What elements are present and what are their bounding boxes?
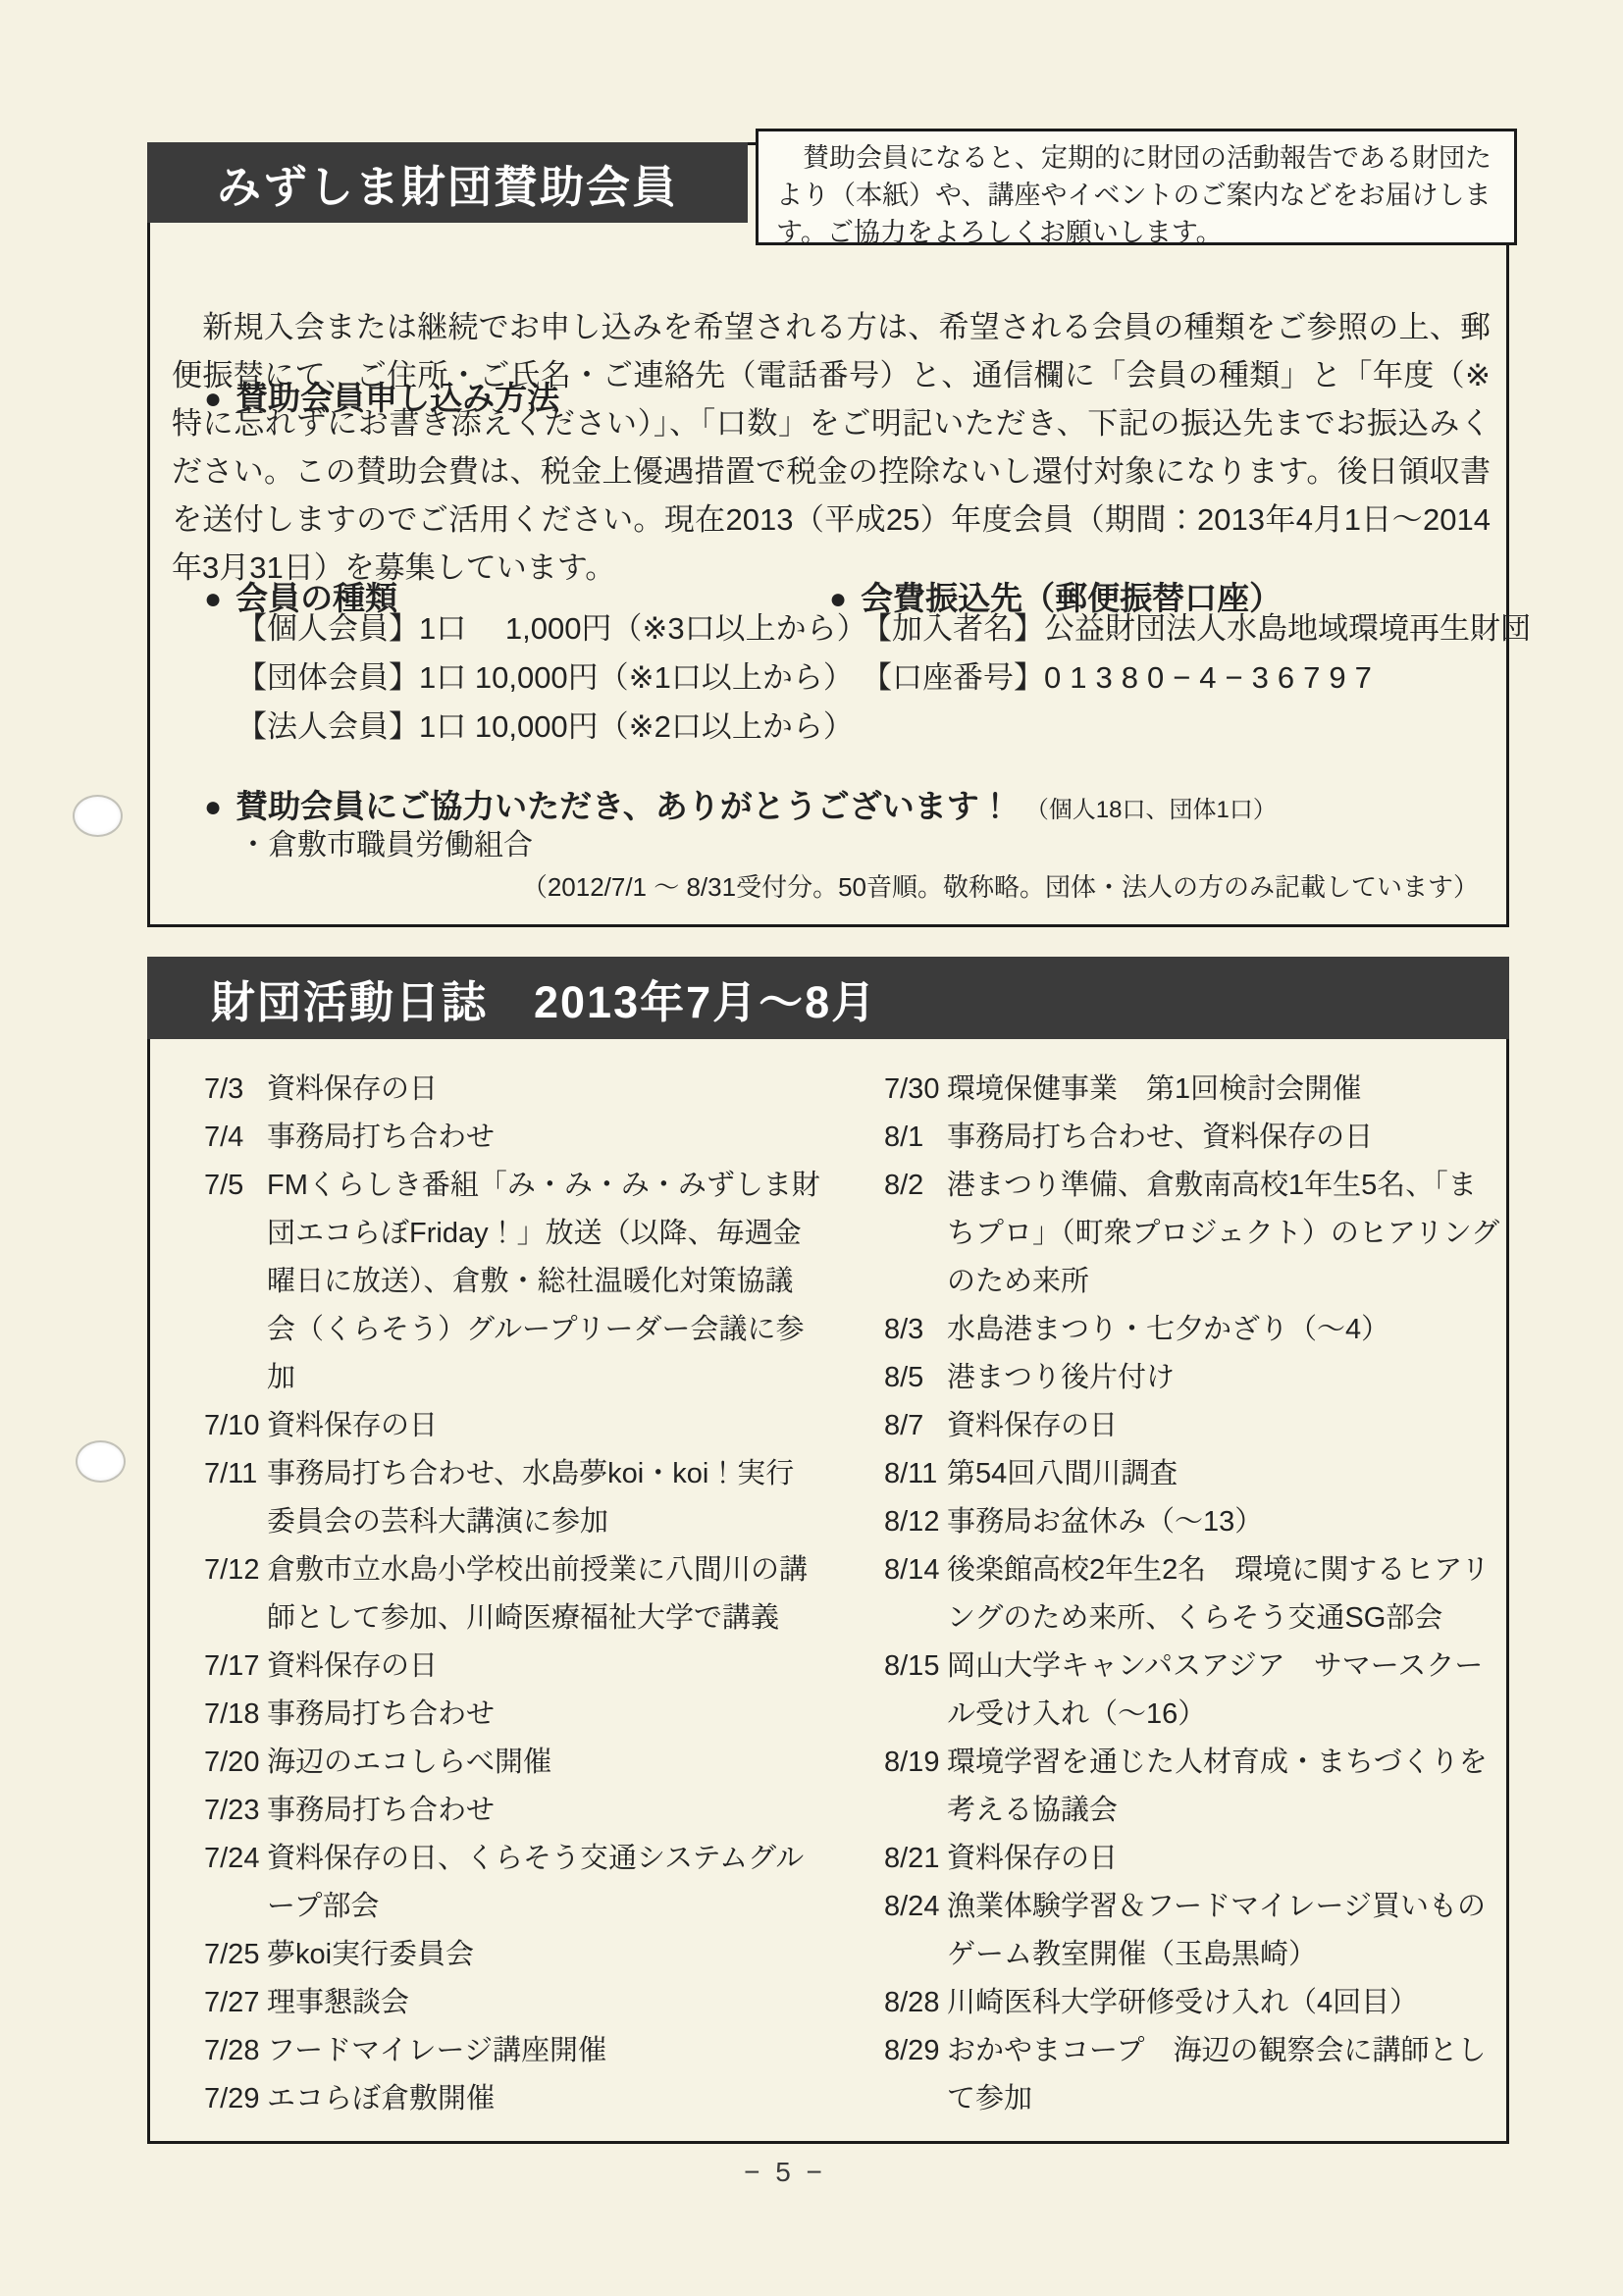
- activity-entry: 8/5 港まつり後片付け: [884, 1354, 1504, 1402]
- activity-date: 7/4: [204, 1114, 267, 1162]
- transfer-value: 公益財団法人水島地域環境再生財団: [1044, 611, 1531, 646]
- activity-entry: 8/21 資料保存の日: [884, 1835, 1504, 1883]
- activity-text: FMくらしき番組「み・み・み・みずしま財団エコらぼFriday！」放送（以降、毎…: [267, 1162, 820, 1402]
- activity-entry: 7/20 海辺のエコしらべ開催: [204, 1739, 820, 1787]
- activity-entry: 7/12 倉敷市立水島小学校出前授業に八間川の講師として参加、川崎医療福祉大学で…: [204, 1546, 820, 1643]
- activity-entry: 8/15 岡山大学キャンパスアジア サマースクール受け入れ（〜16）: [884, 1643, 1504, 1739]
- activity-text: 漁業体験学習＆フードマイレージ買いものゲーム教室開催（玉島黒崎）: [947, 1883, 1504, 1979]
- activity-date: 7/23: [204, 1787, 267, 1835]
- activity-date: 8/3: [884, 1306, 947, 1354]
- activity-date: 8/21: [884, 1835, 947, 1883]
- diary-column-august: 7/30 環境保健事業 第1回検討会開催 8/1 事務局打ち合わせ、資料保存の日…: [884, 1066, 1504, 2123]
- transfer-item: 【口座番号】01380−4−36797: [862, 653, 1531, 703]
- activity-date: 8/28: [884, 1979, 947, 2027]
- scanned-newsletter-page: みずしま財団賛助会員 ● 賛助会員申し込み方法 新規入会または継続でお申し込みを…: [0, 0, 1623, 2296]
- bullet-icon: ●: [829, 583, 847, 616]
- thanks-note: （個人18口、団体1口）: [1025, 790, 1277, 824]
- activity-date: 7/12: [204, 1546, 267, 1643]
- activity-entry: 7/3 資料保存の日: [204, 1066, 820, 1114]
- account-number: 01380−4−36797: [1044, 660, 1381, 695]
- activity-text: 資料保存の日、くらそう交通システムグループ部会: [267, 1835, 820, 1931]
- activity-entry: 8/12 事務局お盆休み（〜13）: [884, 1498, 1504, 1546]
- activity-text: 岡山大学キャンパスアジア サマースクール受け入れ（〜16）: [947, 1643, 1504, 1739]
- activity-entry: 7/4 事務局打ち合わせ: [204, 1114, 820, 1162]
- activity-date: 7/17: [204, 1643, 267, 1691]
- activity-text: 資料保存の日: [267, 1066, 820, 1114]
- activity-date: 8/7: [884, 1402, 947, 1450]
- activity-date: 8/14: [884, 1546, 947, 1643]
- activity-text: 第54回八間川調査: [947, 1450, 1504, 1498]
- activity-text: 事務局打ち合わせ、資料保存の日: [947, 1114, 1504, 1162]
- membership-intro-box: 賛助会員になると、定期的に財団の活動報告である財団たより（本紙）や、講座やイベン…: [756, 129, 1517, 245]
- activity-date: 8/24: [884, 1883, 947, 1979]
- activity-entry: 8/28 川崎医科大学研修受け入れ（4回目）: [884, 1979, 1504, 2027]
- activity-date: 7/18: [204, 1691, 267, 1739]
- activity-entry: 7/23 事務局打ち合わせ: [204, 1787, 820, 1835]
- activity-entry: 8/2 港まつり準備、倉敷南高校1年生5名、「まちプロ」（町衆プロジェクト）のヒ…: [884, 1162, 1504, 1306]
- activity-text: 後楽館高校2年生2名 環境に関するヒアリングのため来所、くらそう交通SG部会: [947, 1546, 1504, 1643]
- activity-text: 水島港まつり・七夕かざり（〜4）: [947, 1306, 1504, 1354]
- activity-text: エコらぼ倉敷開催: [267, 2075, 820, 2123]
- activity-text: 環境学習を通じた人材育成・まちづくりを考える協議会: [947, 1739, 1504, 1835]
- activity-text: 港まつり後片付け: [947, 1354, 1504, 1402]
- activity-text: おかやまコープ 海辺の観察会に講師として参加: [947, 2027, 1504, 2123]
- bullet-icon: ●: [204, 791, 222, 824]
- activity-text: 川崎医科大学研修受け入れ（4回目）: [947, 1979, 1504, 2027]
- activity-entry: 7/25 夢koi実行委員会: [204, 1931, 820, 1979]
- member-type-item: 【法人会員】1口 10,000円（※2口以上から）: [236, 703, 867, 752]
- punch-hole-top: [73, 795, 123, 837]
- activity-date: 8/11: [884, 1450, 947, 1498]
- activity-date: 7/28: [204, 2027, 267, 2075]
- activity-text: 海辺のエコしらべ開催: [267, 1739, 820, 1787]
- activity-text: フードマイレージ講座開催: [267, 2027, 820, 2075]
- activity-text: 事務局打ち合わせ、水島夢koi・koi！実行委員会の芸科大講演に参加: [267, 1450, 820, 1546]
- activity-entry: 7/18 事務局打ち合わせ: [204, 1691, 820, 1739]
- activity-text: 環境保健事業 第1回検討会開催: [947, 1066, 1504, 1114]
- activity-text: 資料保存の日: [267, 1402, 820, 1450]
- activity-entry: 8/24 漁業体験学習＆フードマイレージ買いものゲーム教室開催（玉島黒崎）: [884, 1883, 1504, 1979]
- bullet-icon: ●: [204, 583, 222, 616]
- activity-entry: 7/10 資料保存の日: [204, 1402, 820, 1450]
- section2-title: 財団活動日誌 2013年7月〜8月: [211, 966, 877, 1030]
- activity-date: 7/30: [884, 1066, 947, 1114]
- activity-text: 倉敷市立水島小学校出前授業に八間川の講師として参加、川崎医療福祉大学で講義: [267, 1546, 820, 1643]
- member-type-item: 【個人会員】1口 1,000円（※3口以上から）: [236, 604, 867, 653]
- activity-text: 理事懇談会: [267, 1979, 820, 2027]
- apply-method-body: 新規入会または継続でお申し込みを希望される方は、希望される会員の種類をご参照の上…: [172, 303, 1491, 592]
- activity-date: 7/20: [204, 1739, 267, 1787]
- activity-date: 7/5: [204, 1162, 267, 1402]
- activity-entry: 7/29 エコらぼ倉敷開催: [204, 2075, 820, 2123]
- activity-date: 8/2: [884, 1162, 947, 1306]
- supporting-member-name: ・倉敷市職員労働組合: [238, 820, 533, 863]
- activity-entry: 7/17 資料保存の日: [204, 1643, 820, 1691]
- transfer-item: 【加入者名】公益財団法人水島地域環境再生財団: [862, 604, 1531, 653]
- activity-date: 7/27: [204, 1979, 267, 2027]
- activity-entry: 7/24 資料保存の日、くらそう交通システムグループ部会: [204, 1835, 820, 1931]
- activity-text: 資料保存の日: [947, 1835, 1504, 1883]
- section1-title-bar: みずしま財団賛助会員: [147, 142, 748, 223]
- activity-entry: 8/3 水島港まつり・七夕かざり（〜4）: [884, 1306, 1504, 1354]
- activity-date: 7/25: [204, 1931, 267, 1979]
- activity-text: 事務局打ち合わせ: [267, 1114, 820, 1162]
- activity-text: 資料保存の日: [267, 1643, 820, 1691]
- member-type-item: 【団体会員】1口 10,000円（※1口以上から）: [236, 653, 867, 703]
- activity-entry: 7/28 フードマイレージ講座開催: [204, 2027, 820, 2075]
- activity-text: 事務局打ち合わせ: [267, 1787, 820, 1835]
- transfer-label: 【口座番号】: [862, 660, 1044, 695]
- activity-text: 夢koi実行委員会: [267, 1931, 820, 1979]
- member-types-list: 【個人会員】1口 1,000円（※3口以上から） 【団体会員】1口 10,000…: [236, 604, 867, 752]
- activity-date: 8/29: [884, 2027, 947, 2123]
- activity-text: 資料保存の日: [947, 1402, 1504, 1450]
- activity-text: 事務局打ち合わせ: [267, 1691, 820, 1739]
- membership-intro-text: 賛助会員になると、定期的に財団の活動報告である財団たより（本紙）や、講座やイベン…: [776, 139, 1500, 251]
- activity-entry: 8/29 おかやまコープ 海辺の観察会に講師として参加: [884, 2027, 1504, 2123]
- activity-date: 8/12: [884, 1498, 947, 1546]
- activity-date: 7/29: [204, 2075, 267, 2123]
- page-number: − 5 −: [294, 2157, 1276, 2188]
- activity-entry: 7/11 事務局打ち合わせ、水島夢koi・koi！実行委員会の芸科大講演に参加: [204, 1450, 820, 1546]
- activity-entry: 7/30 環境保健事業 第1回検討会開催: [884, 1066, 1504, 1114]
- activity-date: 8/15: [884, 1643, 947, 1739]
- activity-date: 7/24: [204, 1835, 267, 1931]
- activity-date: 8/1: [884, 1114, 947, 1162]
- supporting-member-section: みずしま財団賛助会員 ● 賛助会員申し込み方法 新規入会または継続でお申し込みを…: [147, 142, 1509, 927]
- activity-text: 事務局お盆休み（〜13）: [947, 1498, 1504, 1546]
- punch-hole-bottom: [76, 1440, 126, 1483]
- activity-entry: 8/7 資料保存の日: [884, 1402, 1504, 1450]
- activity-date: 7/10: [204, 1402, 267, 1450]
- activity-entry: 8/1 事務局打ち合わせ、資料保存の日: [884, 1114, 1504, 1162]
- section2-title-bar: 財団活動日誌 2013年7月〜8月: [147, 957, 1509, 1039]
- activity-date: 7/3: [204, 1066, 267, 1114]
- member-list-footnote: （2012/7/1 〜 8/31受付分。50音順。敬称略。団体・法人の方のみ記載…: [522, 867, 1479, 904]
- activity-entry: 7/5 FMくらしき番組「み・み・み・みずしま財団エコらぼFriday！」放送（…: [204, 1162, 820, 1402]
- transfer-list: 【加入者名】公益財団法人水島地域環境再生財団 【口座番号】01380−4−367…: [862, 604, 1531, 703]
- section1-title: みずしま財団賛助会員: [217, 151, 678, 215]
- activity-entry: 8/19 環境学習を通じた人材育成・まちづくりを考える協議会: [884, 1739, 1504, 1835]
- activity-entry: 7/27 理事懇談会: [204, 1979, 820, 2027]
- diary-column-july: 7/3 資料保存の日 7/4 事務局打ち合わせ 7/5 FMくらしき番組「み・み…: [204, 1066, 820, 2123]
- activity-date: 8/5: [884, 1354, 947, 1402]
- activity-text: 港まつり準備、倉敷南高校1年生5名、「まちプロ」（町衆プロジェクト）のヒアリング…: [947, 1162, 1504, 1306]
- activity-entry: 8/11 第54回八間川調査: [884, 1450, 1504, 1498]
- activity-date: 8/19: [884, 1739, 947, 1835]
- activity-entry: 8/14 後楽館高校2年生2名 環境に関するヒアリングのため来所、くらそう交通S…: [884, 1546, 1504, 1643]
- activity-date: 7/11: [204, 1450, 267, 1546]
- transfer-label: 【加入者名】: [862, 611, 1044, 646]
- activity-diary-section: 財団活動日誌 2013年7月〜8月 7/3 資料保存の日 7/4 事務局打ち合わ…: [147, 957, 1509, 2144]
